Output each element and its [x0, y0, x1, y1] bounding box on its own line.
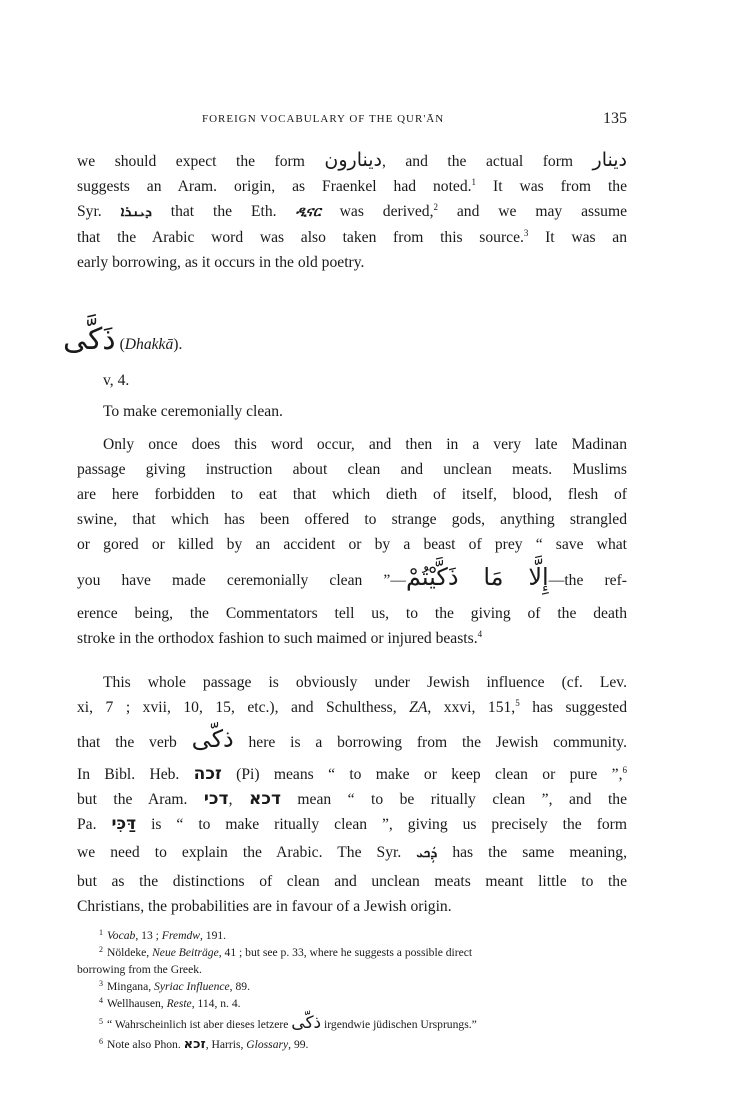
- text-line: passage giving instruction about clean a…: [77, 457, 627, 482]
- footnote-5: 5“ Wahrscheinlich ist aber dieses letzer…: [77, 1012, 627, 1036]
- headword-arabic: ذَكَّى: [63, 322, 116, 357]
- footnote-ref[interactable]: 4: [478, 629, 483, 639]
- footnote-2: 2Nöldeke, Neue Beiträge, 41 ; but see p.…: [77, 944, 627, 961]
- text-line: you have made ceremonially clean ”—إِلَّ…: [77, 557, 627, 601]
- paragraph-jewish-influence: This whole passage is obviously under Je…: [77, 670, 627, 919]
- text-line: suggests an Aram. origin, as Fraenkel ha…: [77, 174, 627, 199]
- definition: To make ceremonially clean.: [77, 399, 627, 424]
- arabic-word: دينار: [593, 149, 627, 171]
- text-line: xi, 7 ; xvii, 10, 15, etc.), and Schulth…: [77, 695, 627, 720]
- text-line: Christians, the probabilities are in fav…: [77, 894, 627, 919]
- footnote-6: 6Note also Phon. זכא, Harris, Glossary, …: [77, 1036, 627, 1053]
- footnote-3: 3Mingana, Syriac Influence, 89.: [77, 978, 627, 995]
- text-line: we need to explain the Arabic. The Syr. …: [77, 837, 627, 869]
- text-line: but the Aram. דכי, דכא mean “ to be ritu…: [77, 787, 627, 812]
- arabic-word: ذكّى: [291, 1013, 321, 1033]
- text-line: Only once does this word occur, and then…: [77, 432, 627, 457]
- hebrew-word: זכה: [194, 764, 222, 784]
- text-line: Syr. ܕܝܢܪܐ that the Eth. ዲናር was derived…: [77, 199, 627, 225]
- arabic-word: ذكّى: [192, 725, 234, 753]
- text-line: Pa. דַּכִּי is “ to make ritually clean …: [77, 812, 627, 837]
- footnote-4: 4Wellhausen, Reste, 114, n. 4.: [77, 995, 627, 1012]
- text-line: that the verb ذكّى here is a borrowing f…: [77, 720, 627, 762]
- text-line: This whole passage is obviously under Je…: [77, 670, 627, 695]
- footnotes: 1Vocab, 13 ; Fremdw, 191. 2Nöldeke, Neue…: [77, 927, 627, 1053]
- text-line: erence being, the Commentators tell us, …: [77, 601, 627, 626]
- entry-reference-block: v, 4. To make ceremonially clean.: [77, 368, 627, 424]
- text-line: swine, that which has been offered to st…: [77, 507, 627, 532]
- hebrew-word: דכי: [204, 789, 229, 809]
- arabic-quotation: إِلَّا مَا ذَكَّيْتُمْ: [406, 563, 549, 591]
- transliteration-close: ).: [173, 336, 182, 353]
- text-line: early borrowing, as it occurs in the old…: [77, 250, 627, 275]
- paragraph-usage: Only once does this word occur, and then…: [77, 432, 627, 651]
- entry-heading: ذَكَّى (Dhakkā).: [63, 322, 182, 357]
- footnote-ref[interactable]: 6: [623, 765, 628, 775]
- transliteration: Dhakkā: [125, 336, 174, 353]
- syriac-word: ܕܲܟܝ: [416, 845, 437, 861]
- running-head: Foreign Vocabulary of the Qur'ān 135: [77, 110, 627, 130]
- text-line: In Bibl. Heb. זכה (Pi) means “ to make o…: [77, 762, 627, 787]
- page-number: 135: [603, 110, 627, 128]
- text-line: that the Arabic word was also taken from…: [77, 225, 627, 250]
- text-line: stroke in the orthodox fashion to such m…: [77, 626, 627, 651]
- paragraph-dinar-continuation: we should expect the form دينارون, and t…: [77, 148, 627, 275]
- hebrew-word: דכא: [249, 789, 281, 809]
- text-line: but as the distinctions of clean and unc…: [77, 869, 627, 894]
- footnote-1: 1Vocab, 13 ; Fremdw, 191.: [77, 927, 627, 944]
- text-line: we should expect the form دينارون, and t…: [77, 148, 627, 174]
- syriac-word: ܕܝܢܪܐ: [121, 204, 152, 220]
- ethiopic-word: ዲናር: [295, 204, 320, 220]
- footnote-2-continuation: borrowing from the Greek.: [77, 961, 627, 978]
- hebrew-word: זכא: [184, 1037, 206, 1052]
- text-line: or gored or killed by an accident or by …: [77, 532, 627, 557]
- hebrew-word: דַּכִּי: [111, 814, 136, 834]
- sura-reference: v, 4.: [77, 368, 627, 393]
- arabic-word: دينارون: [324, 149, 382, 171]
- text-line: are here forbidden to eat that which die…: [77, 482, 627, 507]
- running-head-title: Foreign Vocabulary of the Qur'ān: [202, 113, 444, 125]
